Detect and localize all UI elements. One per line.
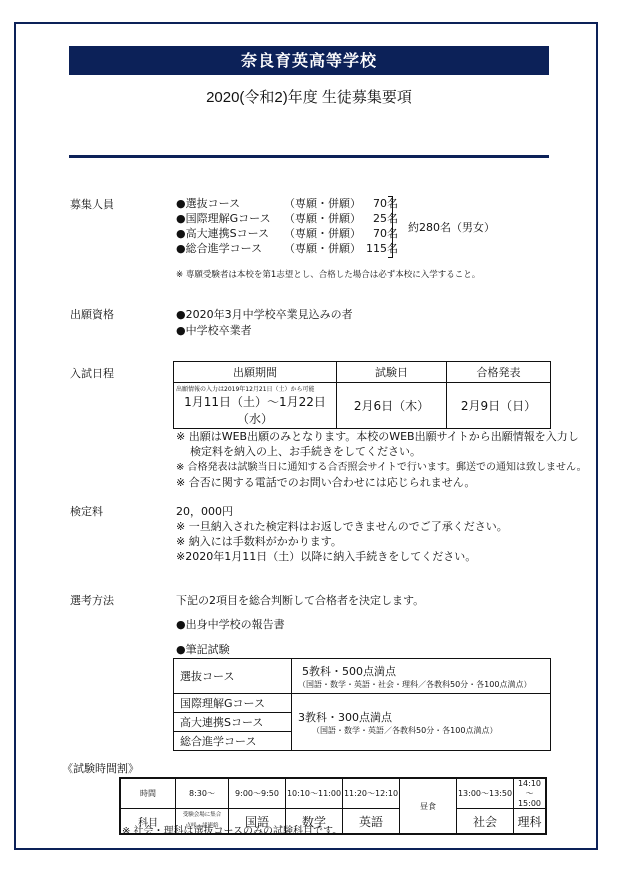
fee-label: 検定料	[70, 503, 103, 519]
result-date: 2月9日（日）	[447, 383, 551, 429]
schedule-table: 出願期間 試験日 合格発表 出願情報の入力は2019年12月21日（土）から可能…	[173, 361, 551, 429]
recruit-course-row: ●国際理解Gコース（専願・併願）25名	[176, 211, 398, 226]
course-name: ●国際理解Gコース	[176, 211, 284, 226]
time-label: 時間	[120, 778, 176, 809]
fee-note: ※2020年1月11日（土）以降に納入手続きをしてください。	[176, 548, 476, 564]
eligibility-label: 出願資格	[70, 306, 114, 322]
lunch-cell: 昼食	[400, 778, 457, 834]
course-cell: 選抜コース	[174, 659, 292, 694]
slot-time: 9:00～9:50	[229, 778, 286, 809]
schedule-note: ※ 合格発表は試験当日に通知する合否照会サイトで行います。郵送での通知は致しませ…	[176, 458, 587, 473]
recruitment-label: 募集人員	[70, 196, 114, 212]
schedule-note: ※ 出願はWEB出願のみとなります。本校のWEB出願サイトから出願情報を入力し	[176, 428, 579, 444]
selection-intro: 下記の2項目を総合判断して合格者を決定します。	[176, 592, 424, 608]
document-title: 2020(令和2)年度 生徒募集要項	[69, 86, 549, 107]
timetable-note: ※ 社会・理科は選抜コースのみの試験科目です。	[122, 822, 342, 837]
schedule-note: ※ 合否に関する電話でのお問い合わせには応じられません。	[176, 474, 475, 490]
course-type: （専願・併願）	[284, 226, 354, 241]
score-text: 5教科・500点満点	[298, 663, 549, 679]
course-cell: 総合進学コース	[174, 732, 292, 751]
header-application-period: 出願期間	[174, 362, 337, 383]
subject-cell: 英語	[343, 809, 400, 835]
course-name: ●総合進学コース	[176, 241, 284, 256]
slot-time: 10:10～11:00	[286, 778, 343, 809]
recruit-course-row: ●高大連携Sコース（専願・併願）70名	[176, 226, 398, 241]
score-detail: （国語・数学・英語／各教科50分・各100点満点）	[298, 725, 549, 736]
schedule-note: 検定料を納入の上、お手続きをしてください。	[190, 443, 421, 459]
score-detail: （国語・数学・英語・社会・理科／各教科50分・各100点満点）	[298, 679, 549, 690]
course-name: ●高大連携Sコース	[176, 226, 284, 241]
course-type: （専願・併願）	[284, 211, 354, 226]
recruit-total: 約280名（男女）	[408, 219, 495, 235]
divider	[69, 155, 549, 158]
course-name: ●選抜コース	[176, 196, 284, 211]
course-cell: 高大連携Sコース	[174, 713, 292, 732]
fee-amount: 20，000円	[176, 503, 233, 519]
selection-table: 選抜コース 5教科・500点満点 （国語・数学・英語・社会・理科／各教科50分・…	[173, 658, 551, 751]
selection-label: 選考方法	[70, 592, 114, 608]
course-type: （専願・併願）	[284, 241, 354, 256]
fee-note: ※ 一旦納入された検定料はお返しできませんのでご了承ください。	[176, 518, 508, 534]
bracket	[388, 196, 393, 258]
subject-cell: 理科	[514, 809, 547, 835]
header-result-date: 合格発表	[447, 362, 551, 383]
fee-note: ※ 納入には手数料がかかります。	[176, 533, 342, 549]
exam-date: 2月6日（木）	[337, 383, 447, 429]
recruit-course-row: ●総合進学コース（専願・併願）115名	[176, 241, 398, 256]
course-cell: 国際理解Gコース	[174, 694, 292, 713]
score-text: 3教科・300点満点	[298, 709, 549, 725]
timetable-title: 《試験時間割》	[62, 760, 139, 776]
course-type: （専願・併願）	[284, 196, 354, 211]
recruit-course-row: ●選抜コース（専願・併願）70名	[176, 196, 398, 211]
selection-item: ●出身中学校の報告書	[176, 616, 285, 632]
score-cell: 3教科・300点満点 （国語・数学・英語／各教科50分・各100点満点）	[292, 694, 551, 751]
eligibility-item: ●2020年3月中学校卒業見込みの者	[176, 306, 353, 322]
header-exam-date: 試験日	[337, 362, 447, 383]
slot-time: 14:10～15:00	[514, 778, 547, 809]
slot-time: 13:00～13:50	[457, 778, 514, 809]
slot-time: 11:20～12:10	[343, 778, 400, 809]
subject-cell: 社会	[457, 809, 514, 835]
input-note: 出願情報の入力は2019年12月21日（土）から可能	[176, 384, 335, 393]
application-period: 1月11日（土）～1月22日（水）	[184, 395, 326, 426]
eligibility-item: ●中学校卒業者	[176, 322, 252, 338]
school-name-banner: 奈良育英高等学校	[69, 46, 549, 75]
schedule-label: 入試日程	[70, 365, 114, 381]
recruit-note: ※ 専願受験者は本校を第1志望とし、合格した場合は必ず本校に入学すること。	[176, 268, 480, 280]
slot-time: 8:30～	[176, 778, 229, 809]
score-cell: 5教科・500点満点 （国語・数学・英語・社会・理科／各教科50分・各100点満…	[292, 659, 551, 694]
gather-line: 受験会場に集合	[176, 810, 228, 821]
selection-item: ●筆記試験	[176, 641, 230, 657]
